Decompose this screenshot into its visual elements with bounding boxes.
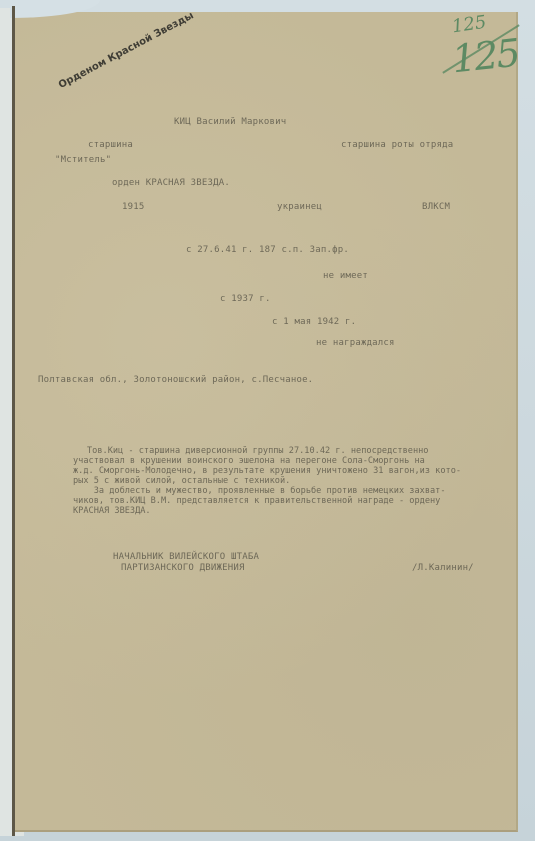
- field-wounds: не имеет: [323, 271, 368, 281]
- field-rank: старшина: [88, 140, 133, 150]
- folio-number-ink: 125: [450, 31, 521, 82]
- field-army-since: с 1937 г.: [220, 294, 271, 304]
- field-position: старшина роты отряда: [341, 140, 453, 150]
- narrative-line: Тов.Киц - старшина диверсионной группы 2…: [73, 446, 503, 456]
- field-partisan-since: с 1 мая 1942 г.: [272, 317, 356, 327]
- narrative-line: За доблесть и мужество, проявленные в бо…: [73, 486, 503, 496]
- field-address: Полтавская обл., Золотоношский район, с.…: [38, 375, 313, 385]
- binding-spine: [12, 6, 15, 836]
- field-name: КИЦ Василий Маркович: [174, 117, 286, 127]
- signature-title-line2: ПАРТИЗАНСКОГО ДВИЖЕНИЯ: [121, 563, 245, 573]
- narrative-line: рых 5 с живой силой, остальные с технико…: [73, 476, 503, 486]
- field-unit: "Мститель": [55, 155, 111, 165]
- field-party: ВЛКСМ: [422, 202, 450, 212]
- field-award: орден КРАСНАЯ ЗВЕЗДА.: [112, 178, 230, 188]
- field-service-since: с 27.6.41 г. 187 с.п. Зап.фр.: [186, 245, 349, 255]
- field-previous-awards: не награждался: [316, 338, 395, 348]
- field-nationality: украинец: [277, 202, 322, 212]
- narrative-line: ж.д. Сморгонь-Молодечно, в результате кр…: [73, 466, 503, 476]
- narrative-text: Тов.Киц - старшина диверсионной группы 2…: [73, 446, 503, 516]
- narrative-line: КРАСНАЯ ЗВЕЗДА.: [73, 506, 503, 516]
- signature-title-line1: НАЧАЛЬНИК ВИЛЕЙСКОГО ШТАБА: [113, 552, 259, 562]
- field-birth-year: 1915: [122, 202, 144, 212]
- document-page: [14, 12, 518, 832]
- narrative-line: чиков, тов.КИЦ В.М. представляется к пра…: [73, 496, 503, 506]
- narrative-line: участвовал в крушении воинского эшелона …: [73, 456, 503, 466]
- signature-name: /Л.Калинин/: [412, 563, 474, 573]
